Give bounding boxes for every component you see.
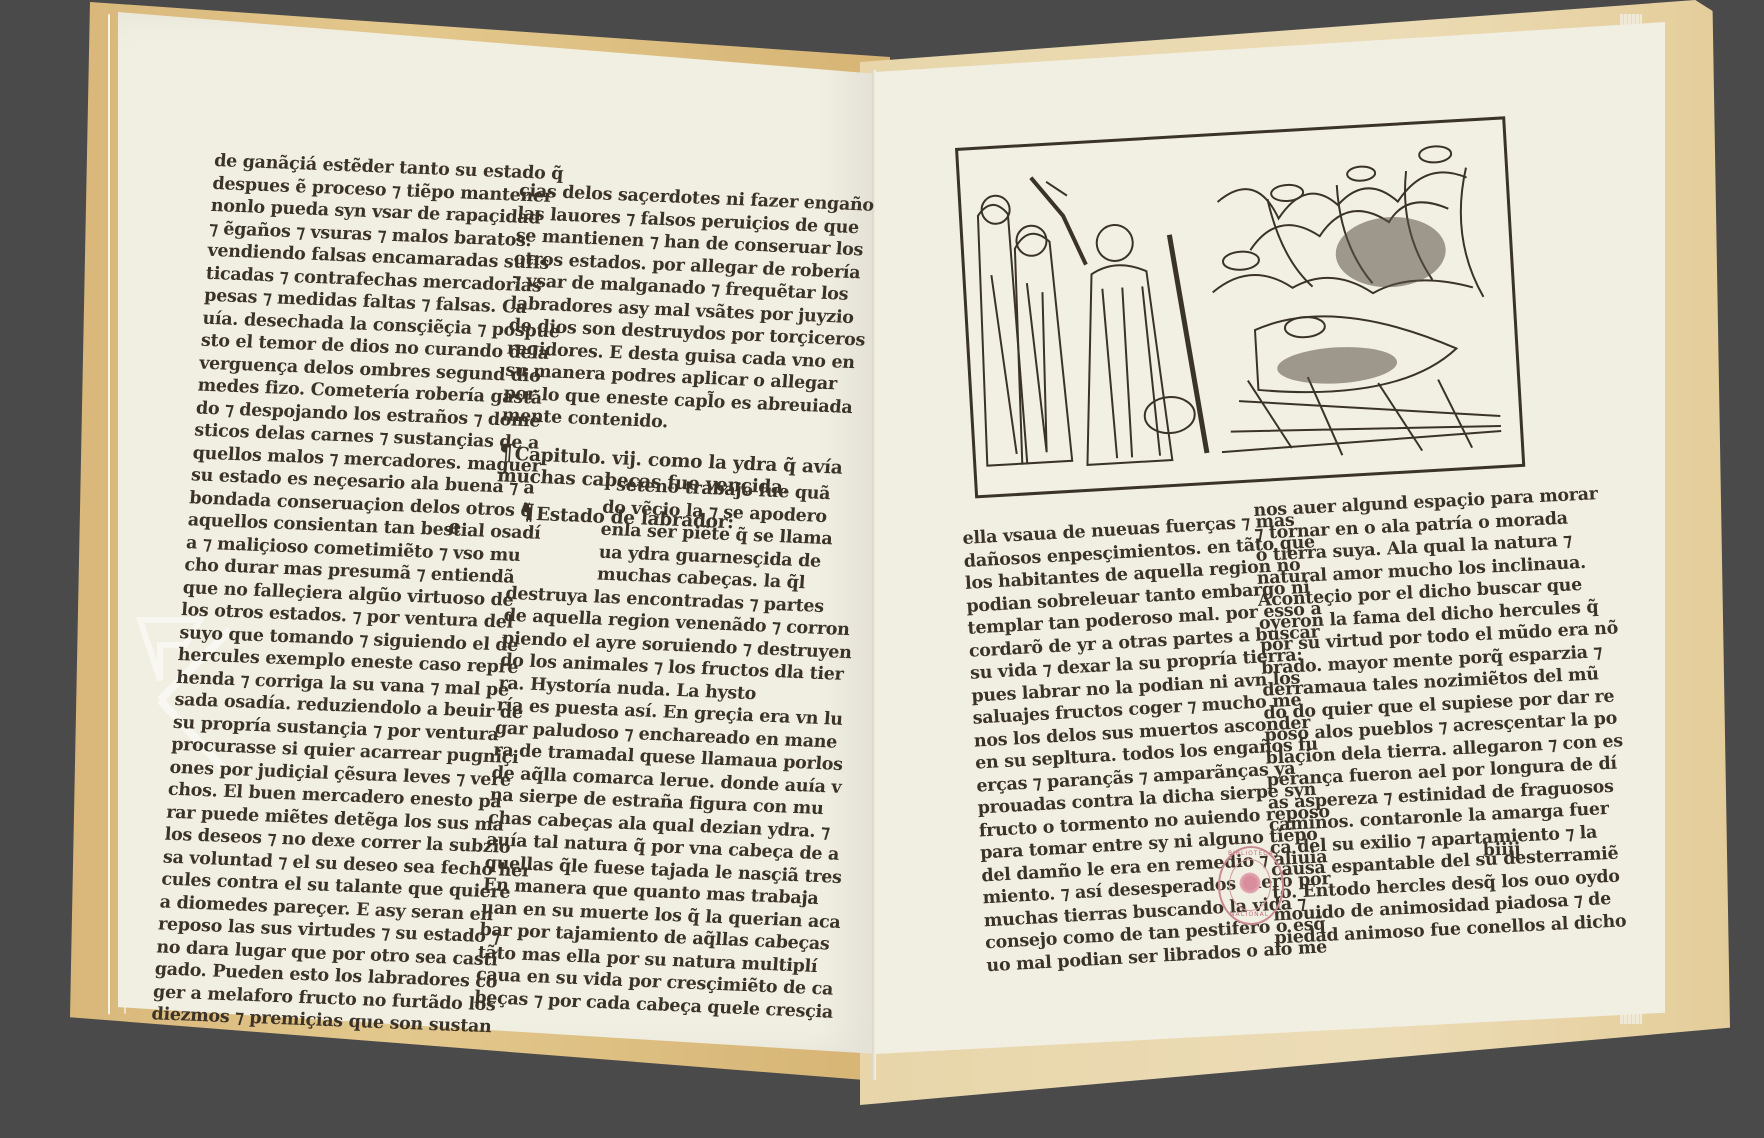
right-page-column-2: nos auer algund espaçio para morar ⁊ tor… [1253, 482, 1633, 949]
stamp-text-bottom: NACIONAL [1230, 911, 1269, 918]
stamp-text-top: BIBLIOTECA [1228, 850, 1274, 857]
drop-cap-guide-letter: e [448, 515, 462, 538]
royal-crest-icon [1239, 870, 1261, 896]
pilcrow-icon: ¶ [498, 439, 514, 466]
signature-mark: biiij [1483, 839, 1521, 860]
hercules-hydra-woodcut-icon [965, 126, 1510, 483]
woodcut-illustration [955, 116, 1525, 498]
left-page-column-2-bottom: e l seteno trabajo fue quã do vẽçio la ⁊… [474, 470, 875, 1024]
library-stamp: BIBLIOTECA NACIONAL [1218, 846, 1284, 925]
